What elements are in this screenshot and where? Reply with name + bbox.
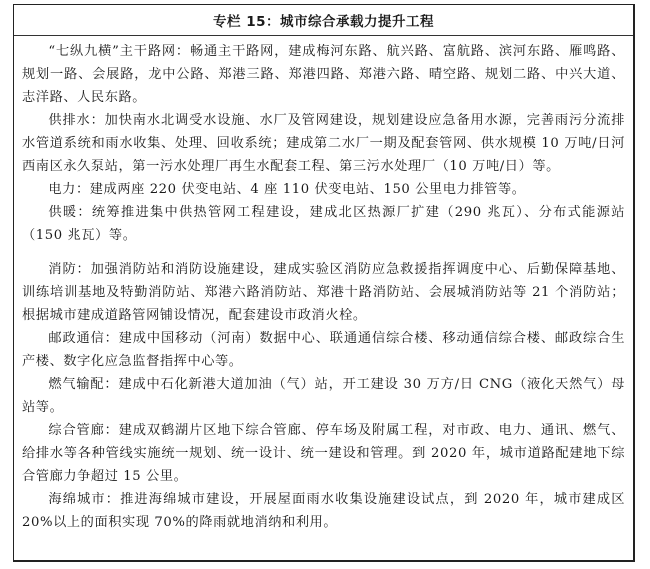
paragraph-sponge-city: 海绵城市：推进海绵城市建设，开展屋面雨水收集设施建设试点，到 2020 年，城市… (22, 488, 625, 534)
paragraph-fire: 消防：加强消防站和消防设施建设，建成实验区消防应急救援指挥调度中心、后勤保障基地… (22, 258, 625, 327)
box-body: “七纵九横”主干路网：畅通主干路网，建成梅河东路、航兴路、富航路、滨河东路、雁鸣… (14, 36, 633, 534)
paragraph-road-network: “七纵九横”主干路网：畅通主干路网，建成梅河东路、航兴路、富航路、滨河东路、雁鸣… (22, 40, 625, 109)
paragraph-water-supply: 供排水：加快南水北调受水设施、水厂及管网建设，规划建设应急备用水源，完善雨污分流… (22, 109, 625, 178)
spacer (22, 247, 625, 258)
paragraph-gas: 燃气输配：建成中石化新港大道加油（气）站，开工建设 30 万方/日 CNG（液化… (22, 373, 625, 419)
paragraph-heating: 供暖：统筹推进集中供热管网工程建设，建成北区热源厂扩建（290 兆瓦）、分布式能… (22, 201, 625, 247)
sidebar-box: 专栏 15：城市综合承载力提升工程 “七纵九横”主干路网：畅通主干路网，建成梅河… (13, 4, 635, 562)
paragraph-power: 电力：建成两座 220 伏变电站、4 座 110 伏变电站、150 公里电力排管… (22, 178, 625, 201)
paragraph-postal: 邮政通信：建成中国移动（河南）数据中心、联通通信综合楼、移动通信综合楼、邮政综合… (22, 327, 625, 373)
box-title: 专栏 15：城市综合承载力提升工程 (14, 5, 633, 36)
paragraph-utility-tunnel: 综合管廊：建成双鹤湖片区地下综合管廊、停车场及附属工程，对市政、电力、通讯、燃气… (22, 419, 625, 488)
